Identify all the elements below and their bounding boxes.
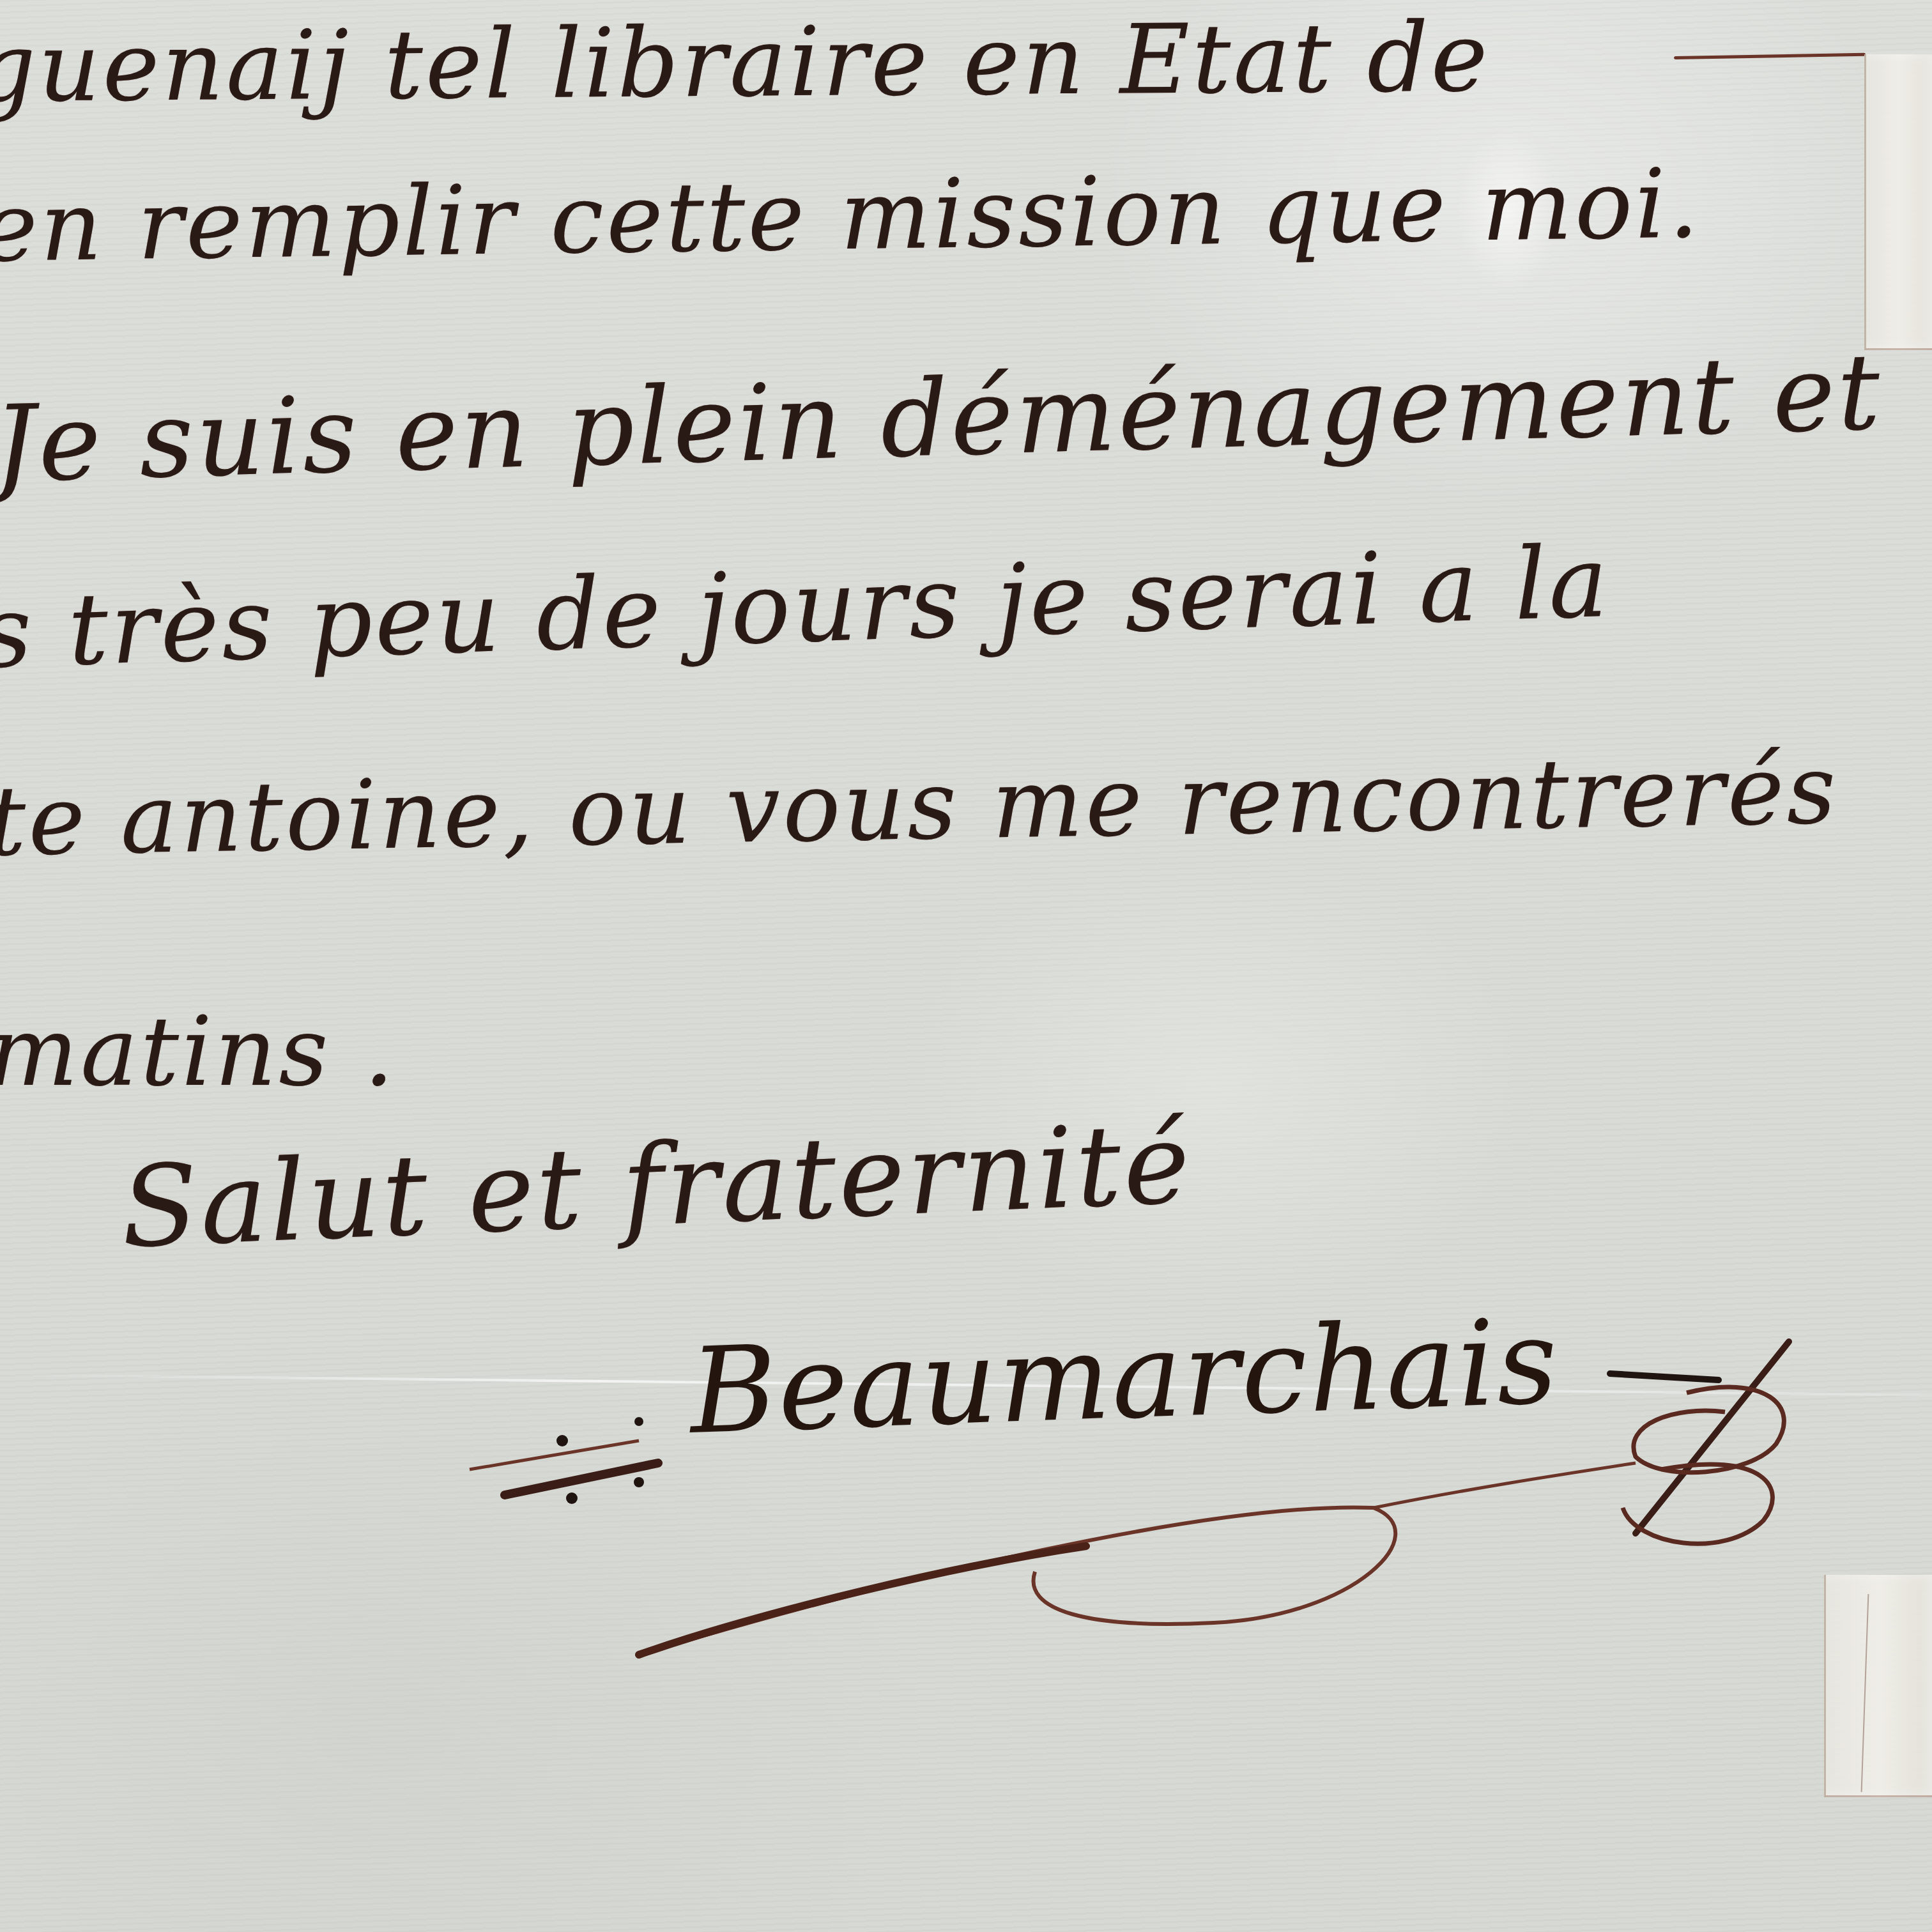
letter-line-1: guenaij tel libraire en Etat de (0, 2, 1491, 124)
letter-line-2: en remplir cette mission que moi. (0, 148, 1702, 284)
signature-paraph-icon (0, 0, 1932, 1932)
paper-sheet: guenaij tel libraire en Etat de en rempl… (0, 0, 1932, 1932)
letter-line-6: matins . (0, 997, 397, 1108)
tape-strip-bottom-right (1824, 1575, 1932, 1797)
letter-line-3: Je suis en plein déménagement et (0, 330, 1884, 505)
tape-strip-top-right (1864, 54, 1932, 350)
letter-line-4: s très peu de jours je serai a la (0, 524, 1612, 691)
letter-line-5: te antoine, ou vous me rencontrerés (0, 734, 1839, 878)
closing-salutation: Salut et fraternité (119, 1099, 1195, 1273)
line-1-trailing-stroke (1674, 53, 1866, 59)
signature: Beaumarchais (687, 1292, 1561, 1460)
